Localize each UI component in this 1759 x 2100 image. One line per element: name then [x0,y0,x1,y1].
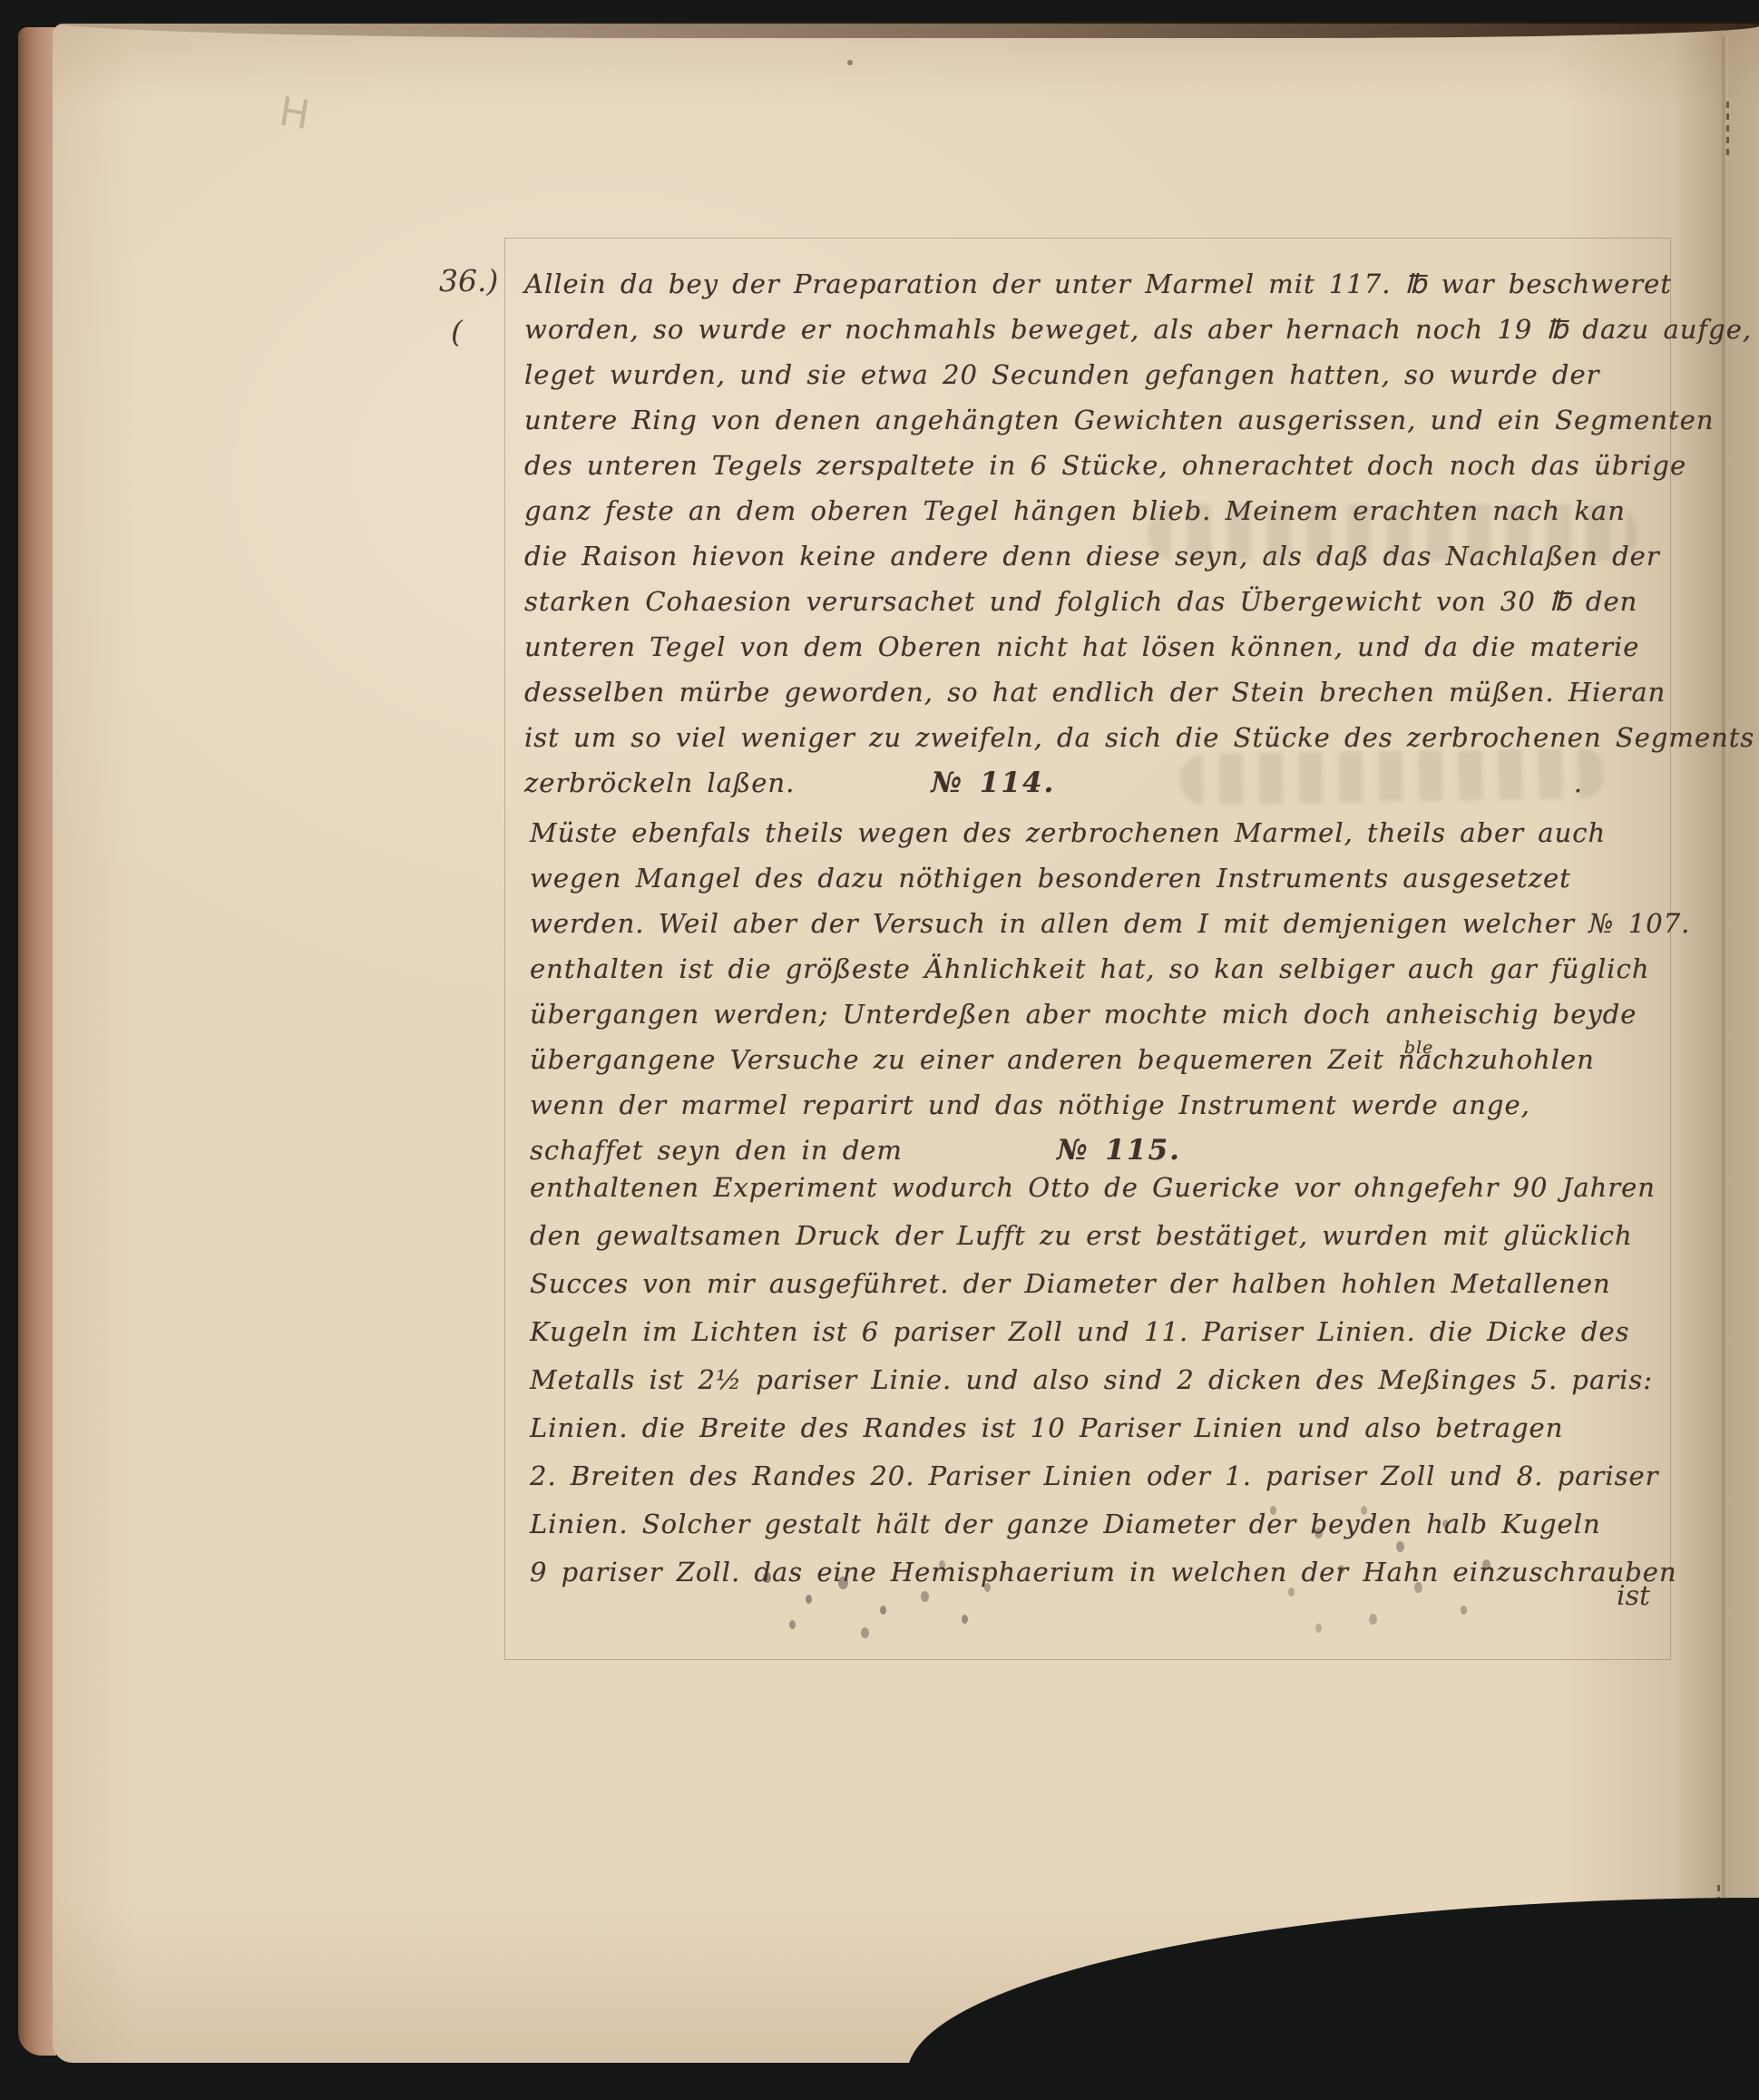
book-fore-edge [18,27,56,2056]
manuscript-line: enthalten ist die größeste Ähnlichkeit h… [530,946,1675,991]
manuscript-line: desselben mürbe geworden, so hat endlich… [524,669,1669,715]
line-text: zerbröckeln laßen. [524,760,795,806]
period-mark: . [1574,760,1583,806]
manuscript-line: übergangen werden; Unterdeßen aber mocht… [530,991,1675,1037]
margin-bracket: ( [451,314,463,349]
paragraph-number: 36.) [439,263,498,298]
manuscript-line: ist um so viel weniger zu zweifeln, da s… [524,715,1669,760]
manuscript-line: 2. Breiten des Randes 20. Pariser Linien… [530,1452,1675,1500]
manuscript-line: des unteren Tegels zerspaltete in 6 Stüc… [524,443,1669,488]
paragraph-1: Allein da bey der Praeparation der unter… [524,261,1669,806]
manuscript-line: Metalls ist 2½ pariser Linie. und also s… [530,1356,1675,1404]
section-number-114: № 114. [931,760,1055,806]
line-text: übergangene Versuche zu einer anderen be… [530,1037,1595,1082]
manuscript-line: enthaltenen Experiment wodurch Otto de G… [530,1164,1675,1212]
manuscript-line: Linien. die Breite des Randes ist 10 Par… [530,1404,1675,1452]
manuscript-line: zerbröckeln laßen. № 114. . [524,760,1669,806]
ink-dot [847,60,853,65]
manuscript-line: leget wurden, und sie etwa 20 Secunden g… [524,352,1669,397]
interline-insertion: ble [1404,1025,1433,1070]
manuscript-line: unteren Tegel von dem Oberen nicht hat l… [524,624,1669,669]
manuscript-line: die Raison hievon keine andere denn dies… [524,533,1669,579]
manuscript-line: Kugeln im Lichten ist 6 pariser Zoll und… [530,1308,1675,1356]
scan-background: H 36.) ( Allein da bey der Praeparation … [0,0,1759,2100]
manuscript-line: 9 pariser Zoll. das eine Hemisphaerium i… [530,1548,1675,1597]
manuscript-line: den gewaltsamen Druck der Lufft zu erst … [530,1212,1675,1260]
manuscript-line: untere Ring von denen angehängten Gewich… [524,397,1669,443]
manuscript-line: Succes von mir ausgeführet. der Diameter… [530,1260,1675,1308]
manuscript-line: Müste ebenfals theils wegen des zerbroch… [530,810,1675,855]
manuscript-line: Linien. Solcher gestalt hält der ganze D… [530,1500,1675,1548]
manuscript-line: werden. Weil aber der Versuch in allen d… [530,901,1675,946]
paragraph-3: enthaltenen Experiment wodurch Otto de G… [530,1164,1675,1597]
manuscript-line: wenn der marmel reparirt und das nöthige… [530,1082,1675,1128]
paragraph-2: Müste ebenfals theils wegen des zerbroch… [530,810,1675,1173]
manuscript-line: übergangene Versuche zu einer anderen be… [530,1037,1675,1082]
binding-stitch-top [1726,102,1729,158]
manuscript-line: wegen Mangel des dazu nöthigen besondere… [530,855,1675,901]
manuscript-line: worden, so wurde er nochmahls beweget, a… [524,307,1669,352]
catchword: ist [1617,1580,1650,1612]
manuscript-line: ganz feste an dem oberen Tegel hängen bl… [524,488,1669,533]
manuscript-line: Allein da bey der Praeparation der unter… [524,261,1669,307]
manuscript-line: starken Cohaesion verursachet und folgli… [524,579,1669,624]
